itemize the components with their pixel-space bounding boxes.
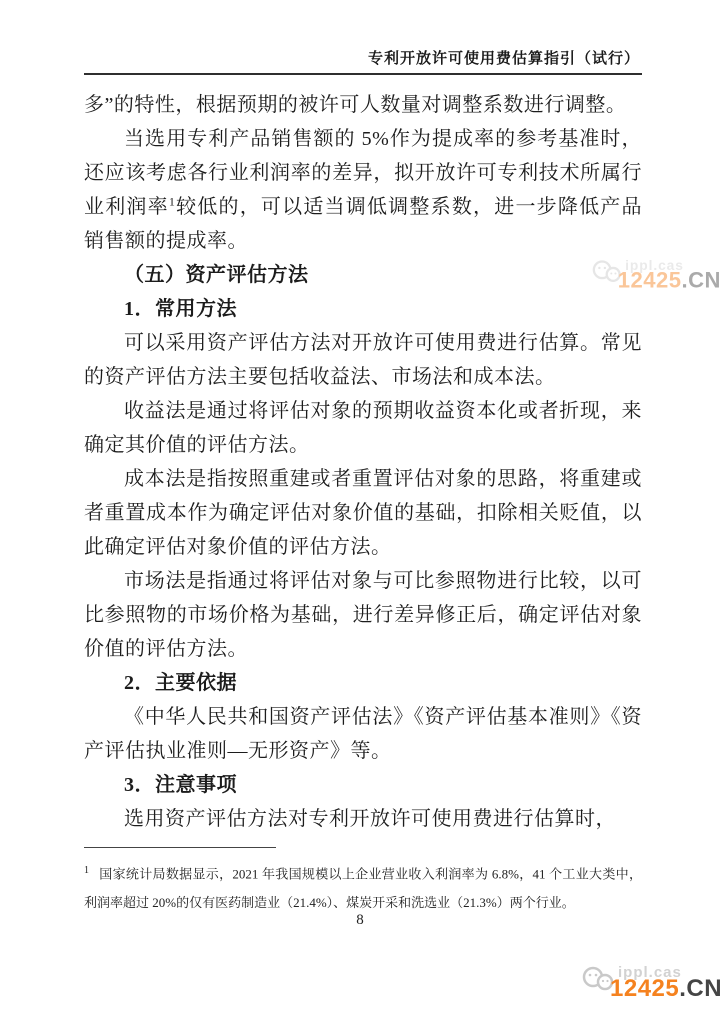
watermark-logo: ippl.cas 12425.CN bbox=[592, 256, 720, 300]
subsection-heading: 3．注意事项 bbox=[84, 768, 642, 802]
document-body: 多”的特性，根据预期的被许可人数量对调整系数进行调整。 当选用专利产品销售额的 … bbox=[84, 88, 642, 836]
logo-brand-number: 12425 bbox=[618, 268, 682, 293]
footnote-divider bbox=[84, 847, 276, 848]
subsection-heading: 2．主要依据 bbox=[84, 666, 642, 700]
paragraph: 《中华人民共和国资产评估法》《资产评估基本准则》《资产评估执业准则—无形资产》等… bbox=[84, 700, 642, 768]
subsection-heading: 1．常用方法 bbox=[84, 292, 642, 326]
header-divider bbox=[84, 73, 642, 75]
footnote-text: 国家统计局数据显示，2021 年我国规模以上企业营业收入利润率为 6.8%，41… bbox=[84, 866, 642, 910]
footnote-marker: 1 bbox=[84, 865, 89, 876]
site-logo: ippl.cas 12425.CN bbox=[582, 962, 720, 1010]
paragraph: 市场法是指通过将评估对象与可比参照物进行比较，以可比参照物的市场价格为基础，进行… bbox=[84, 564, 642, 666]
document-page: 专利开放许可使用费估算指引（试行） 多”的特性，根据预期的被许可人数量对调整系数… bbox=[0, 0, 720, 1019]
page-header-title: 专利开放许可使用费估算指引（试行） bbox=[368, 47, 640, 68]
page-number: 8 bbox=[0, 912, 720, 929]
footnote: 1国家统计局数据显示，2021 年我国规模以上企业营业收入利润率为 6.8%，4… bbox=[84, 856, 642, 917]
section-heading: （五）资产评估方法 bbox=[84, 258, 642, 292]
logo-brand-tld: .CN bbox=[681, 268, 720, 293]
logo-brand-number: 12425 bbox=[610, 975, 679, 1002]
paragraph: 多”的特性，根据预期的被许可人数量对调整系数进行调整。 bbox=[84, 88, 642, 122]
paragraph: 当选用专利产品销售额的 5%作为提成率的参考基准时，还应该考虑各行业利润率的差异… bbox=[84, 122, 642, 258]
paragraph: 选用资产评估方法对专利开放许可使用费进行估算时， bbox=[84, 802, 642, 836]
logo-brand-tld: .CN bbox=[679, 975, 720, 1002]
paragraph: 收益法是通过将评估对象的预期收益资本化或者折现，来确定其价值的评估方法。 bbox=[84, 394, 642, 462]
logo-wordmark: 12425.CN bbox=[618, 268, 720, 294]
paragraph: 成本法是指按照重建或者重置评估对象的思路，将重建或者重置成本作为确定评估对象价值… bbox=[84, 462, 642, 564]
paragraph: 可以采用资产评估方法对开放许可使用费进行估算。常见的资产评估方法主要包括收益法、… bbox=[84, 326, 642, 394]
logo-wordmark: 12425.CN bbox=[610, 975, 720, 1003]
